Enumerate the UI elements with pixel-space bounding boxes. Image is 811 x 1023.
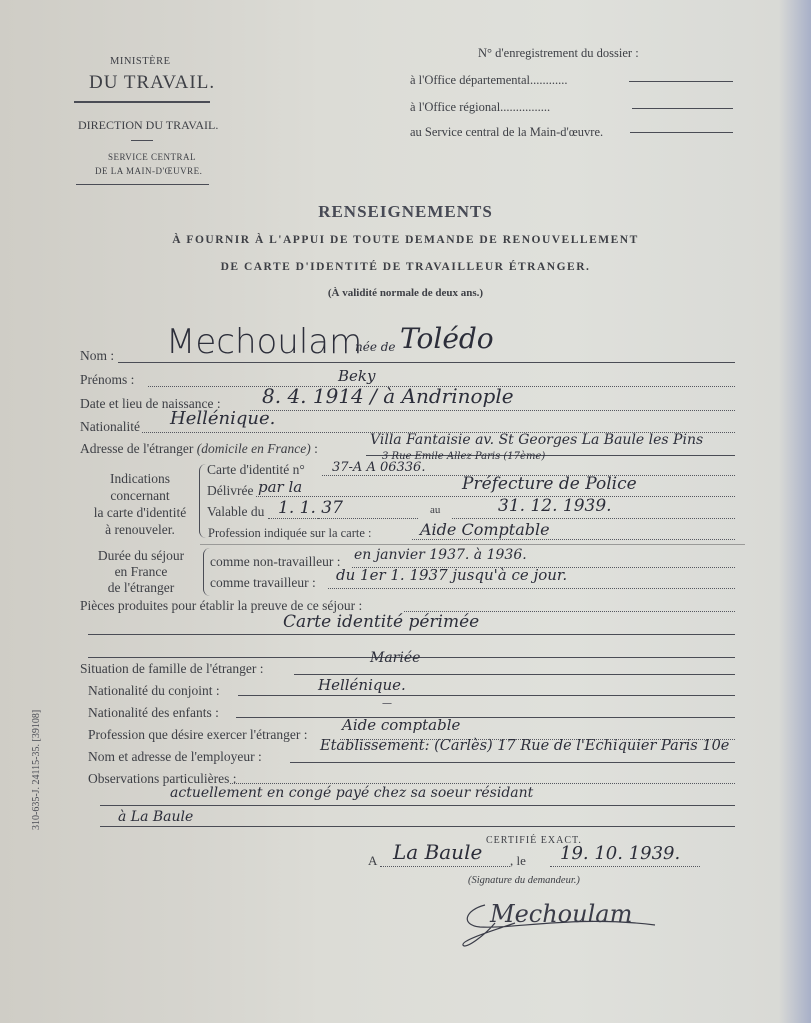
observations-field[interactable] [230,783,735,784]
profession-desiree-value: Aide comptable [342,716,460,734]
nationalite-label: Nationalité [80,419,140,435]
prenoms-value: Beky [338,367,375,385]
pieces-value: Carte identité périmée [283,612,479,632]
nom-value: Mechoulam [166,322,362,362]
service-central-label: au Service central de la Main-d'œuvre. [410,125,603,140]
nationalite-value: Hellénique. [170,408,275,429]
duree-group-label: Durée du séjour en France de l'étranger [80,548,202,596]
title-sub1: À FOURNIR À L'APPUI DE TOUTE DEMANDE DE … [0,234,811,246]
indications-line: Indications [80,470,200,487]
adresse-label-text: Adresse de l'étranger [80,441,193,456]
place-value: La Baule [393,840,482,864]
valable-to-value: 31. 12. 1939. [498,496,612,516]
title-sub2: DE CARTE D'IDENTITÉ DE TRAVAILLEUR ÉTRAN… [0,261,811,273]
profession-desiree-label: Profession que désire exercer l'étranger… [88,727,307,743]
duree-brace [203,548,210,596]
registration-title: N° d'enregistrement du dossier : [478,46,639,61]
nat-conjoint-value: Hellénique. [318,676,406,694]
divider [76,184,209,185]
adresse-label: Adresse de l'étranger (domicile en Franc… [80,441,318,457]
delivree-label: Délivrée [207,483,253,499]
profession-carte-value: Aide Comptable [420,520,550,539]
service-line2: DE LA MAIN-D'ŒUVRE. [95,166,202,176]
nat-conjoint-label: Nationalité du conjoint : [88,683,220,699]
nom-value-note: née de [355,340,396,354]
valable-label: Valable du [207,504,264,520]
office-regional-label: à l'Office régional................ [410,100,550,115]
adresse-label-end: : [311,441,318,456]
nat-enfants-value: — [382,698,392,709]
office-regional-field[interactable] [632,108,733,109]
nat-enfants-field[interactable] [236,717,735,718]
ministry-title: DU TRAVAIL. [89,72,215,94]
carte-no-value: 37-A A 06336. [332,460,425,475]
indications-line: la carte d'identité [80,504,200,521]
observations-field-line3[interactable] [100,826,735,827]
valable-from-value: 1. 1. 37 [278,498,343,518]
prenoms-label: Prénoms : [80,372,134,388]
title-note: (À validité normale de deux ans.) [0,287,811,299]
date-value: 19. 10. 1939. [560,843,680,864]
direction-label: DIRECTION DU TRAVAIL. [78,118,218,133]
divider [131,140,153,141]
pieces-field-line2[interactable] [88,634,735,635]
valable-from-field[interactable] [268,518,318,519]
observations-field-line2[interactable] [100,805,735,806]
naissance-field[interactable] [250,410,735,411]
office-departemental-field[interactable] [629,81,733,82]
nom-field[interactable] [118,362,735,363]
employeur-value: Etablissement: (Carlès) 17 Rue de l'Echi… [320,738,729,754]
divider [74,101,210,105]
signature-flourish [455,895,685,955]
situation-value: Mariée [370,650,420,666]
delivree-value2: Préfecture de Police [462,474,637,494]
duree-line: de l'étranger [80,580,202,596]
travailleur-label: comme travailleur : [210,575,316,591]
profession-carte-label: Profession indiquée sur la carte : [208,526,372,541]
adresse-label-italic: (domicile en France) [197,441,311,456]
adresse-value: Villa Fantaisie av. St Georges La Baule … [370,432,703,448]
indications-line: à renouveler. [80,521,200,538]
carte-no-label: Carte d'identité n° [207,462,305,478]
nat-enfants-label: Nationalité des enfants : [88,705,219,721]
ministry-small: MINISTÈRE [110,56,171,67]
travailleur-field[interactable] [328,588,735,589]
duree-line: en France [80,564,202,580]
valable-from-field-ext [318,518,418,519]
duree-line: Durée du séjour [80,548,202,564]
travailleur-value: du 1er 1. 1937 jusqu'à ce jour. [336,566,567,584]
signature-label: (Signature du demandeur.) [468,875,580,886]
employeur-label: Nom et adresse de l'employeur : [88,749,262,765]
nom-label: Nom : [80,348,114,364]
printer-mark: 310-635-J. 24115-35. [39108] [31,710,42,830]
title-main: RENSEIGNEMENTS [0,202,811,222]
situation-field[interactable] [294,674,735,675]
place-field[interactable] [380,866,510,867]
delivree-value: par la [258,478,302,496]
observations-value2: à La Baule [118,809,193,825]
valable-to-label: au [430,504,440,516]
service-central-field[interactable] [630,132,733,133]
indications-brace [199,464,206,538]
date-field[interactable] [550,866,700,867]
nom-value2: Tolédo [400,322,494,355]
non-travailleur-label: comme non-travailleur : [210,554,340,570]
observations-value: actuellement en congé payé chez sa soeur… [170,785,533,801]
naissance-value: 8. 4. 1914 / à Andrinople [262,384,514,408]
non-travailleur-value: en janvier 1937. à 1936. [354,547,527,563]
place-label: A [368,853,377,869]
fold-line [200,544,745,545]
employeur-field[interactable] [290,762,735,763]
valable-to-field[interactable] [452,518,735,519]
profession-carte-field[interactable] [412,539,735,540]
office-departemental-label: à l'Office départemental............ [410,73,568,88]
delivree-field[interactable] [256,496,735,497]
date-label: , le [510,853,526,869]
nat-conjoint-field[interactable] [238,695,735,696]
service-line1: SERVICE CENTRAL [108,152,196,162]
situation-label: Situation de famille de l'étranger : [80,661,264,677]
indications-line: concernant [80,487,200,504]
